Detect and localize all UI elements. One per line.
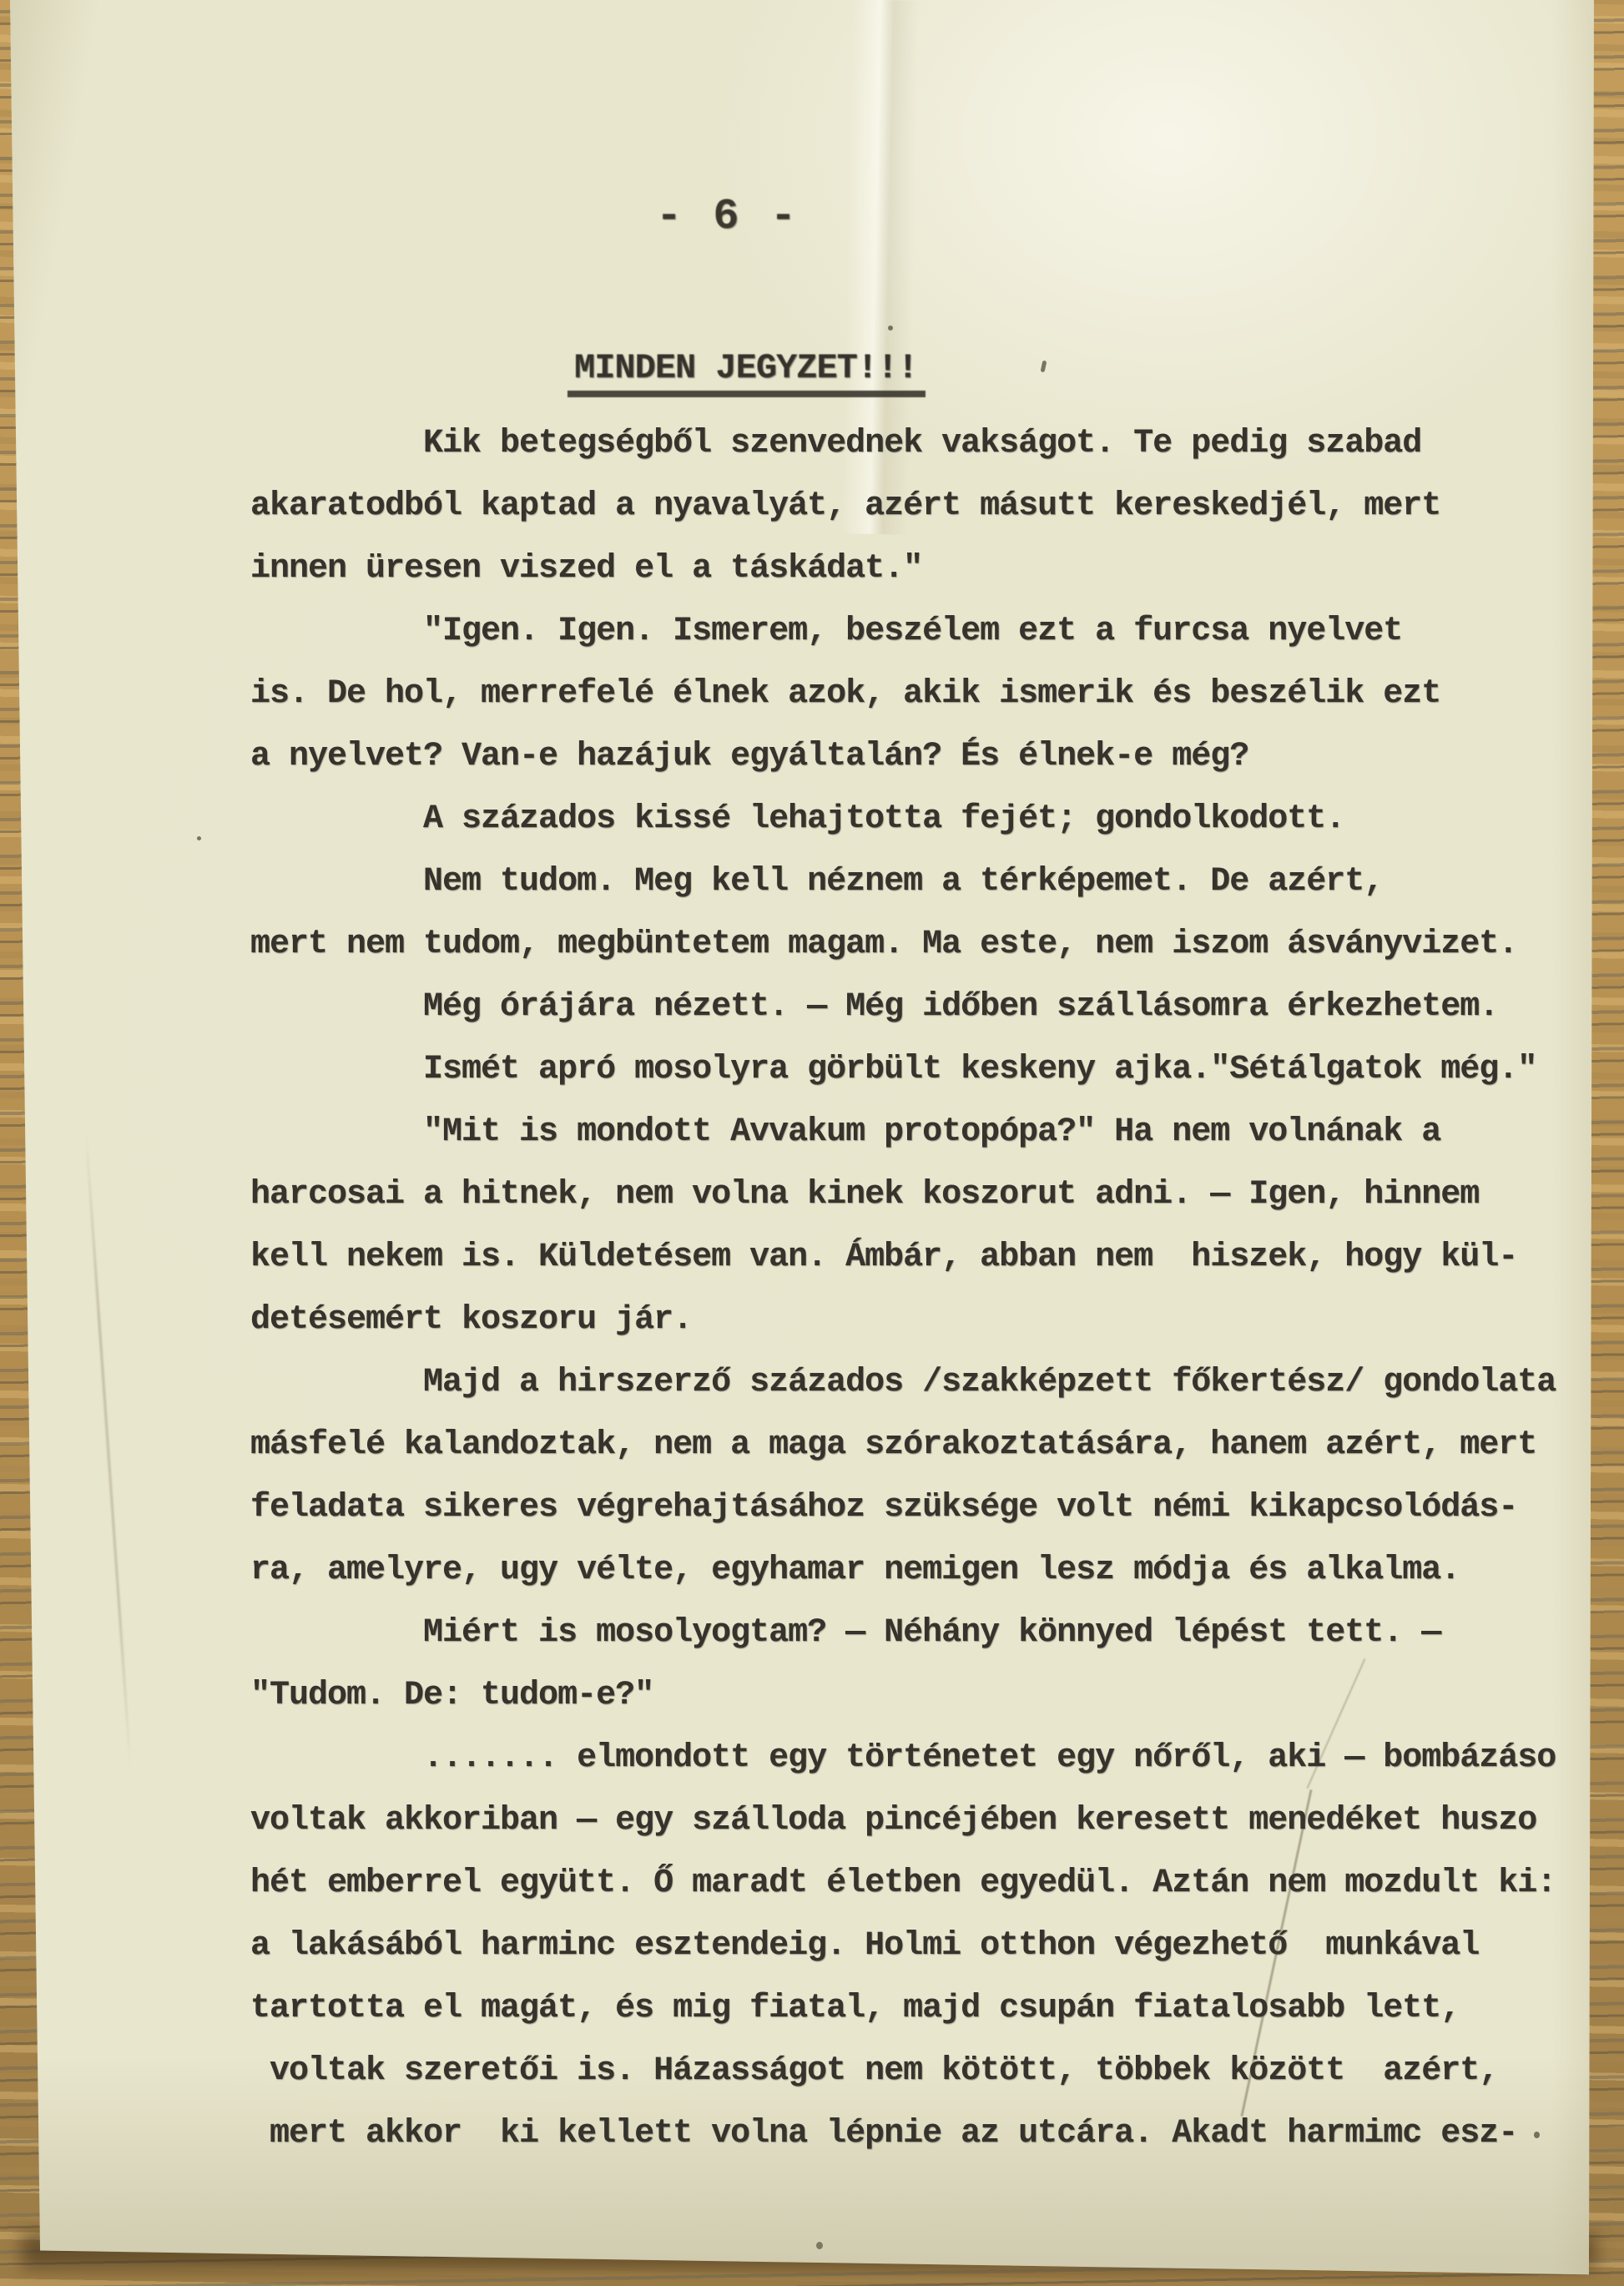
text-line: tartotta el magát, és mig fiatal, majd c… [250, 1977, 1556, 2040]
text-line: innen üresen viszed el a táskádat." [250, 537, 1556, 600]
text-line: hét emberrel együtt. Ő maradt életben eg… [250, 1852, 1556, 1915]
text-line: Ismét apró mosolyra görbült keskeny ajka… [250, 1038, 1556, 1101]
text-line: a lakásából harminc esztendeig. Holmi ot… [250, 1915, 1556, 1977]
ink-speck [816, 2242, 823, 2249]
text-line: voltak akkoriban — egy szálloda pincéjéb… [250, 1789, 1556, 1852]
text-line: akaratodból kaptad a nyavalyát, azért má… [250, 475, 1556, 537]
text-line: mert nem tudom, megbüntetem magam. Ma es… [250, 913, 1556, 976]
page-number: - 6 - [656, 192, 799, 241]
page-title: MINDEN JEGYZET!!! [567, 349, 925, 397]
text-line: harcosai a hitnek, nem volna kinek koszo… [250, 1163, 1556, 1226]
ink-speck [1041, 361, 1047, 373]
text-line: voltak szeretői is. Házasságot nem kötöt… [250, 2040, 1556, 2102]
typewritten-text: Kik betegségből szenvednek vakságot. Te … [250, 412, 1556, 2165]
paper-crease [84, 1128, 132, 1769]
text-line: kell nekem is. Küldetésem van. Ámbár, ab… [250, 1226, 1556, 1289]
text-line: A százados kissé lehajtotta fejét; gondo… [250, 788, 1556, 850]
text-line: Majd a hirszerző százados /szakképzett f… [250, 1351, 1556, 1414]
text-line: Még órájára nézett. — Még időben szállás… [250, 976, 1556, 1038]
text-line: ra, amelyre, ugy vélte, egyhamar nemigen… [250, 1539, 1556, 1602]
text-line: "Tudom. De: tudom-e?" [250, 1664, 1556, 1727]
text-line: feladata sikeres végrehajtásához szükség… [250, 1476, 1556, 1539]
text-line: Kik betegségből szenvednek vakságot. Te … [250, 412, 1556, 475]
text-line: Nem tudom. Meg kell néznem a térképemet.… [250, 850, 1556, 913]
text-line: "Igen. Igen. Ismerem, beszélem ezt a fur… [250, 600, 1556, 663]
text-line: "Mit is mondott Avvakum protopópa?" Ha n… [250, 1101, 1556, 1163]
text-line: a nyelvet? Van-e hazájuk egyáltalán? És … [250, 725, 1556, 788]
text-line: másfelé kalandoztak, nem a maga szórakoz… [250, 1414, 1556, 1476]
text-line: mert akkor ki kellett volna lépnie az ut… [250, 2102, 1556, 2165]
text-line: detésemért koszoru jár. [250, 1289, 1556, 1351]
wooden-table-background: { "colors": { "paper": "#e8e6cd", "wood"… [0, 0, 1624, 2286]
paper-sheet: - 6 - MINDEN JEGYZET!!! Kik betegségből … [0, 0, 1624, 2286]
text-line: is. De hol, merrefelé élnek azok, akik i… [250, 663, 1556, 725]
text-line: ....... elmondott egy történetet egy nőr… [250, 1727, 1556, 1789]
ink-speck [197, 836, 201, 840]
text-line: Miért is mosolyogtam? — Néhány könnyed l… [250, 1602, 1556, 1664]
ink-speck [888, 325, 893, 331]
